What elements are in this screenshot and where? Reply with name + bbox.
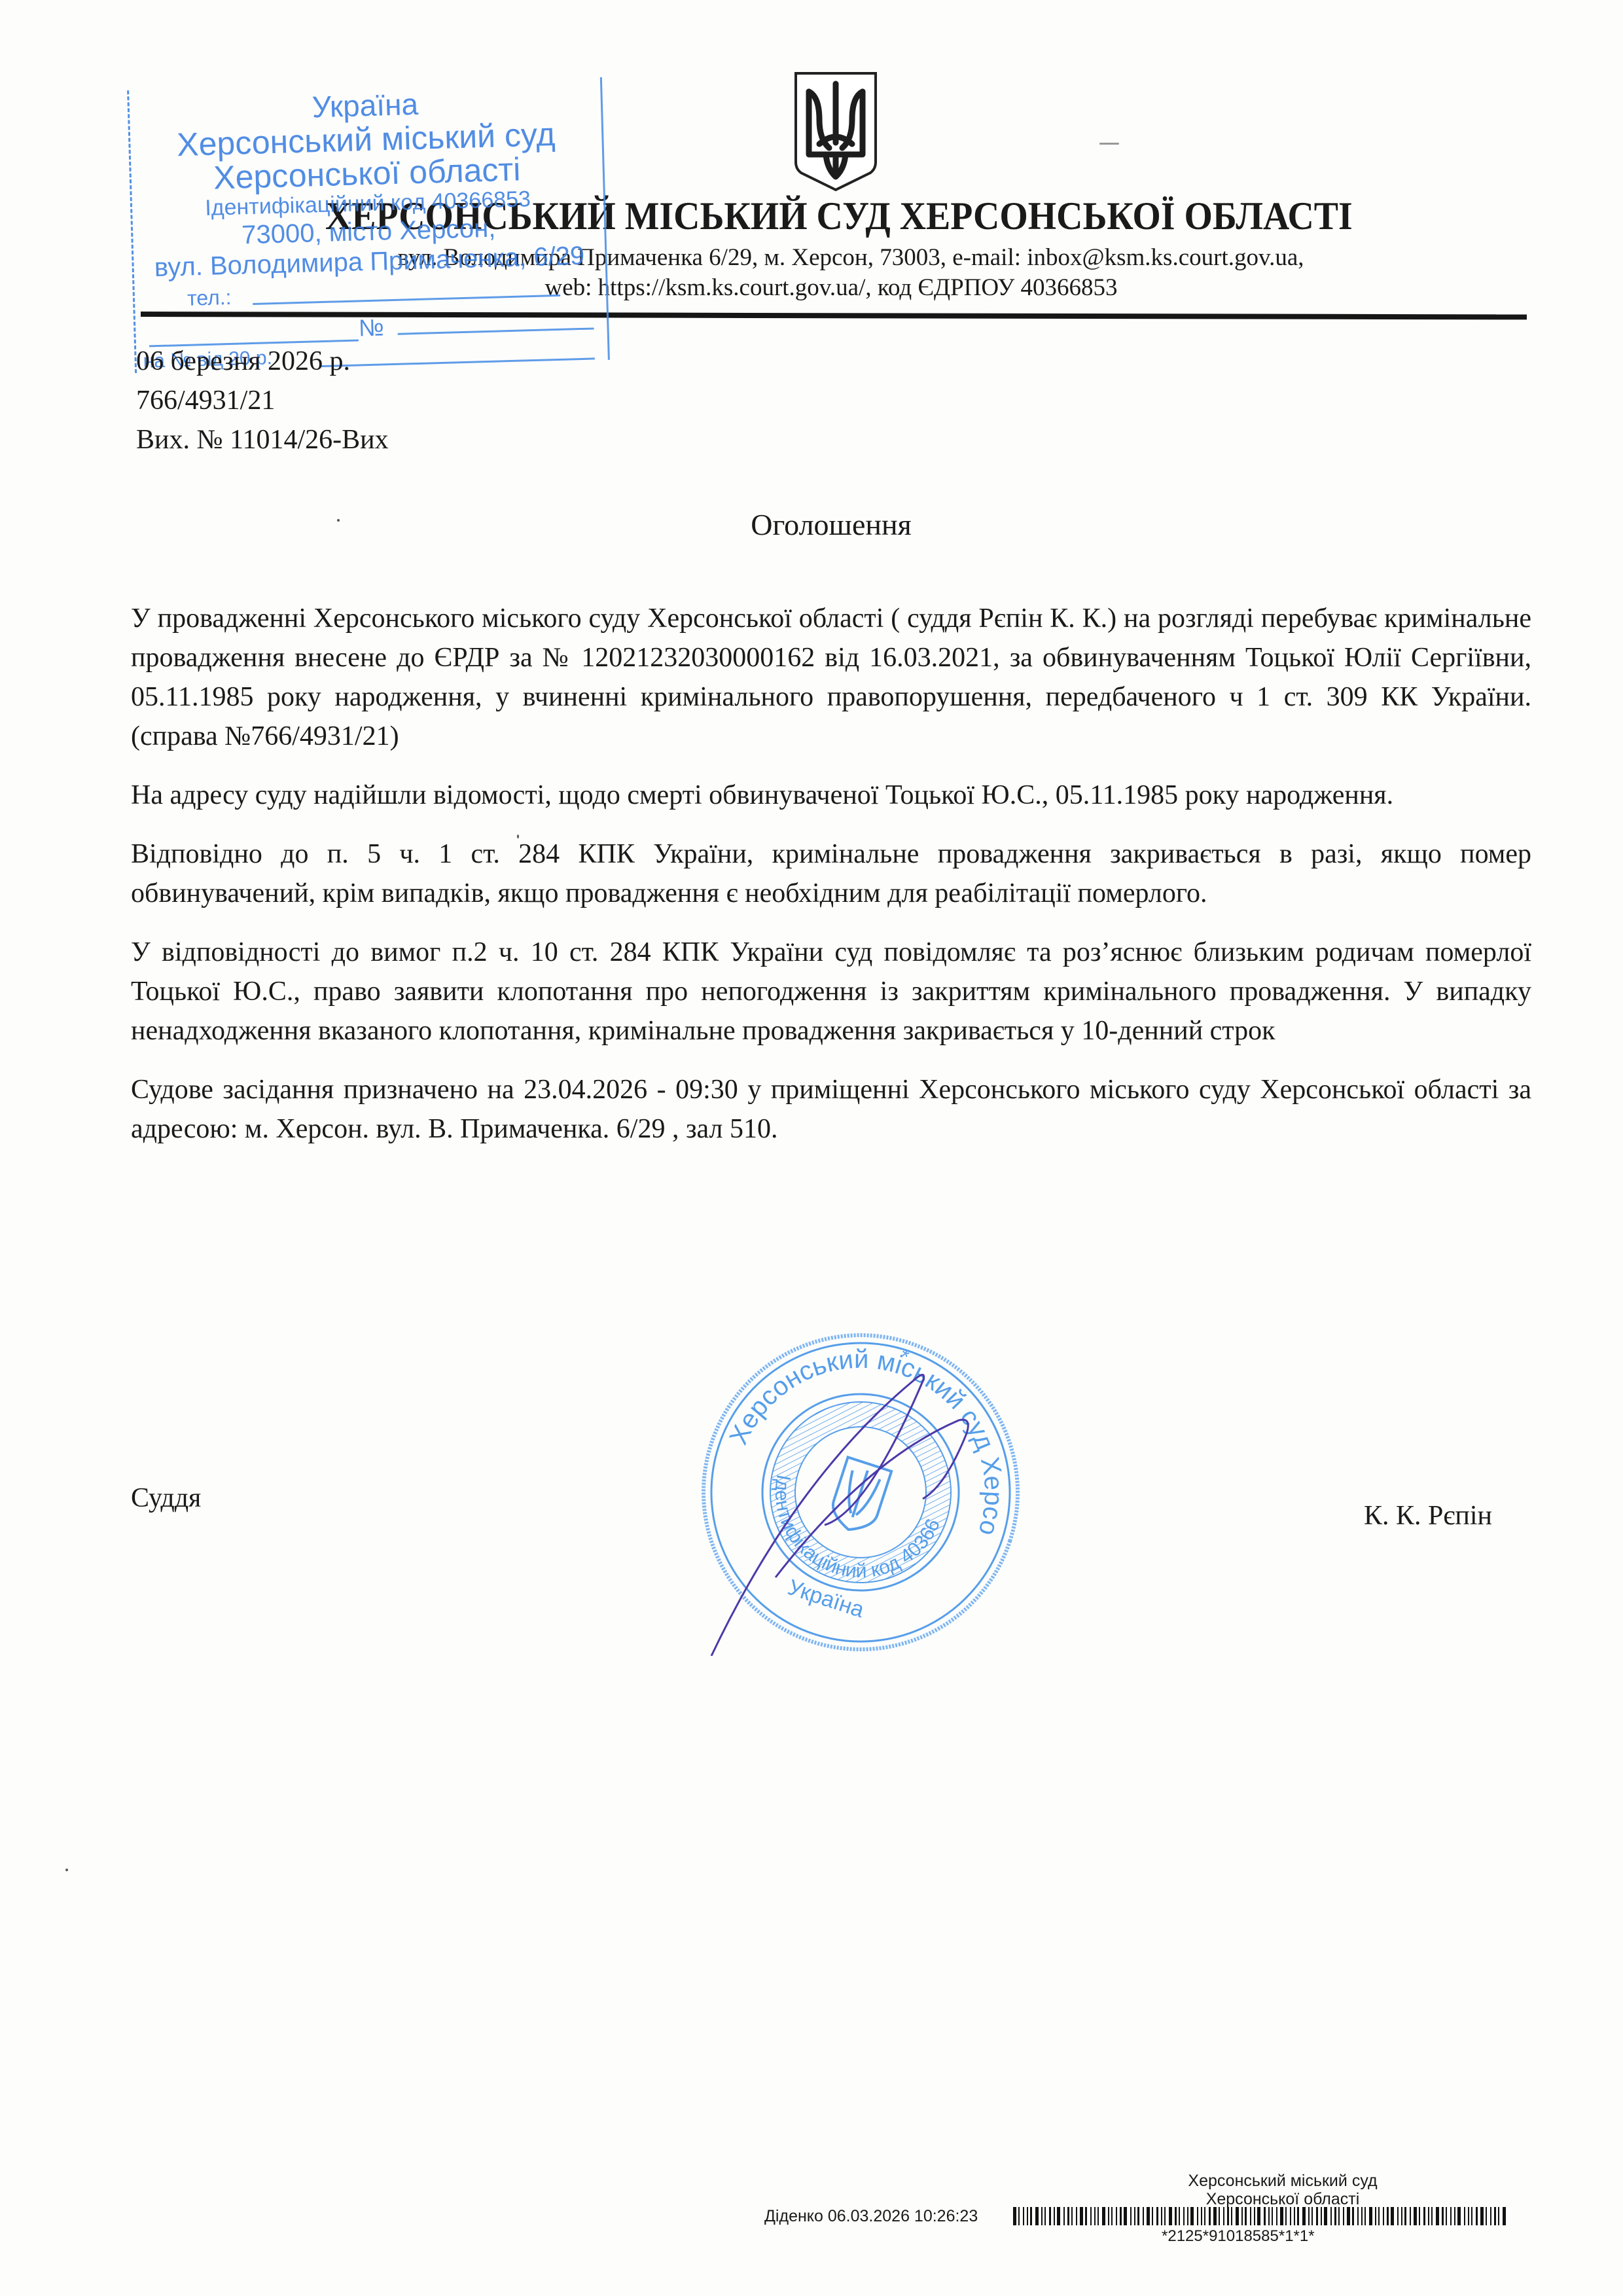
scan-speck (337, 519, 340, 522)
court-seal-icon: Херсонський міський суд Херсонської обла… (697, 1329, 1024, 1656)
paragraph-hearing-date: Судове засідання призначено на 23.04.202… (131, 1070, 1531, 1149)
ukraine-coat-of-arms-icon (793, 71, 878, 192)
paragraph-relatives-rights: У відповідності до вимог п.2 ч. 10 ст. 2… (131, 933, 1531, 1050)
outgoing-number: Вих. № 11014/26-Вих (136, 424, 389, 456)
document-title: Оголошення (0, 507, 1623, 542)
footer-signer-timestamp: Діденко 06.03.2026 10:26:23 (764, 2207, 978, 2226)
judge-title: Суддя (131, 1482, 201, 1514)
case-number: 766/4931/21 (136, 385, 275, 416)
paragraph-proceedings: У провадженні Херсонського міського суду… (131, 599, 1531, 756)
announcement-body: У провадженні Херсонського міського суду… (131, 599, 1531, 1168)
scan-speck (517, 834, 519, 838)
scan-speck (65, 1869, 68, 1871)
barcode-caption: *2125*91018585*1*1* (1162, 2227, 1315, 2242)
footer-court-name: Херсонський міський суд (1152, 2172, 1414, 2191)
document-date: 06 березня 2026 р. (136, 346, 350, 377)
judge-name: К. К. Рєпін (1335, 1500, 1492, 1532)
paragraph-death-notice: На адресу суду надійшли відомості, щодо … (131, 776, 1531, 815)
scan-speck (1099, 143, 1119, 145)
paragraph-legal-basis: Відповідно до п. 5 ч. 1 ст. 284 КПК Укра… (131, 834, 1531, 913)
footer-court-region: Херсонської області (1152, 2190, 1414, 2209)
barcode-icon (1013, 2207, 1507, 2225)
registration-stamp: Україна Херсонський міський суд Херсонсь… (127, 77, 610, 373)
